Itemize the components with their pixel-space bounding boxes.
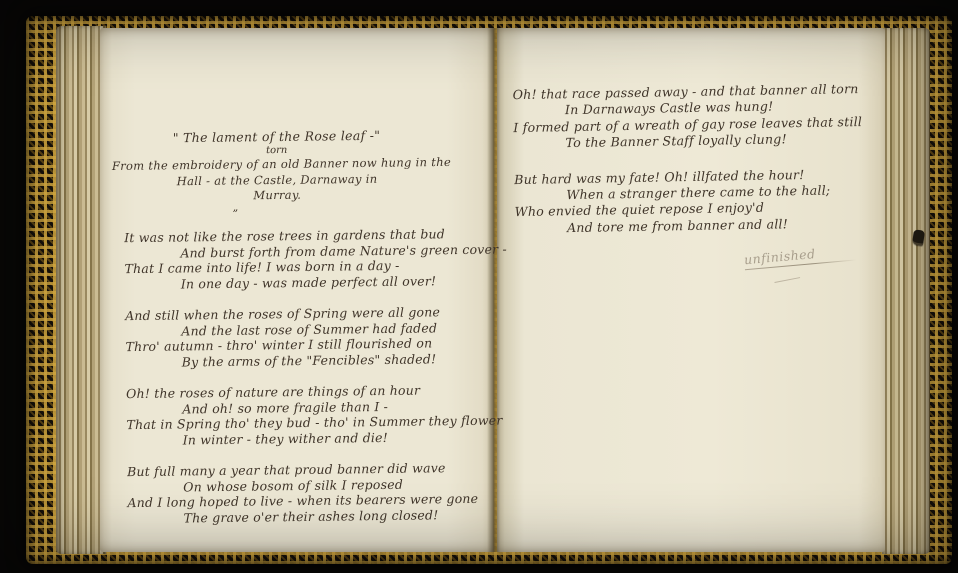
stanza-4: But full many a year that proud banner d…	[127, 460, 480, 526]
right-page-fore-edges	[882, 28, 930, 554]
right-page-stanzas: Oh! that race passed away - and that ban…	[513, 81, 868, 256]
manuscript-photograph: " The lament of the Rose leaf -" torn Fr…	[0, 0, 958, 573]
stanza-2: And still when the roses of Spring were …	[125, 304, 478, 370]
stanza-5: Oh! that race passed away - and that ban…	[513, 81, 866, 153]
stanza-6: But hard was my fate! Oh! illfated the h…	[514, 166, 867, 238]
gutter-shadow	[487, 28, 500, 552]
poem-heading: " The lament of the Rose leaf -" torn Fr…	[111, 126, 442, 222]
stanza-3: Oh! the roses of nature are things of an…	[126, 382, 479, 448]
left-page-stanzas: It was not like the rose trees in garden…	[124, 226, 480, 542]
left-page-fore-edges	[56, 26, 106, 554]
fore-edge-mark	[912, 229, 925, 245]
stanza-1: It was not like the rose trees in garden…	[124, 226, 477, 292]
